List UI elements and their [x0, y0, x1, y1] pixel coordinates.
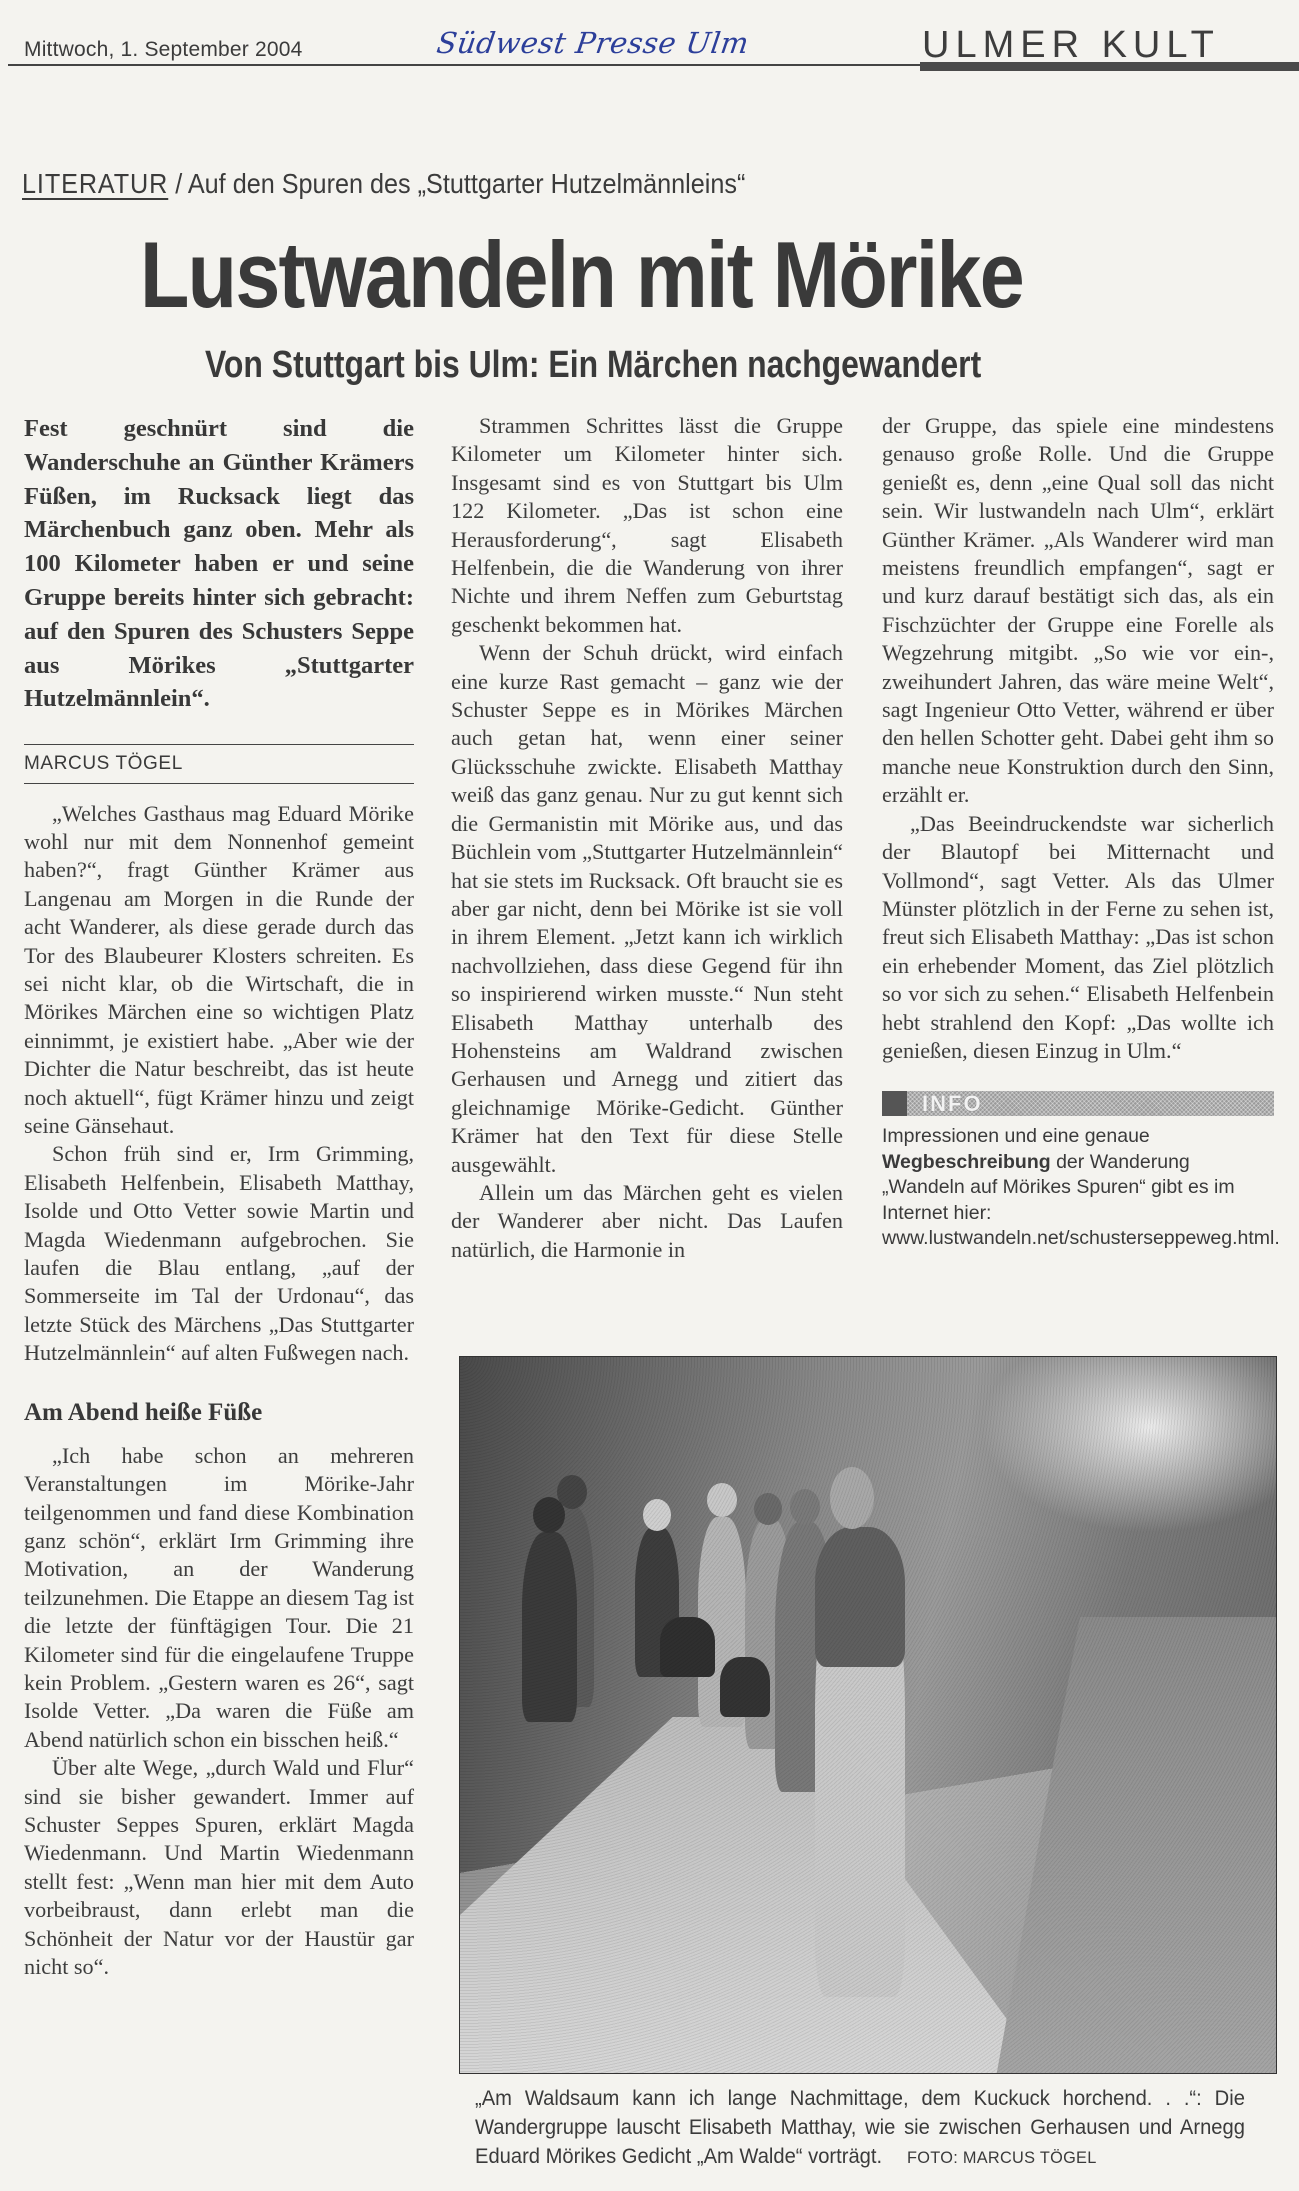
body-paragraph: „Das Beeindruckendste war sicherlich der…: [882, 810, 1274, 1066]
byline-box: MARCUS TÖGEL: [24, 744, 414, 783]
photo-caption: „Am Waldsaum kann ich lange Nachmittage,…: [475, 2084, 1245, 2172]
photo-credit: FOTO: MARCUS TÖGEL: [907, 2148, 1097, 2167]
body-paragraph: Schon früh sind er, Irm Grimming, Elisab…: [24, 1140, 414, 1367]
photo-halftone: [460, 1357, 1276, 2073]
caption-text: „Am Waldsaum kann ich lange Nachmittage,…: [475, 2087, 1245, 2168]
kicker: LITERATUR / Auf den Spuren des „Stuttgar…: [22, 168, 745, 200]
subheading: Am Abend heiße Füße: [24, 1398, 414, 1428]
column-3: der Gruppe, das spiele eine mindestens g…: [882, 412, 1274, 1252]
info-box-text: Impressionen und eine genaue Wegbeschrei…: [882, 1124, 1274, 1252]
headline: Lustwandeln mit Mörike: [140, 228, 1023, 322]
article-photo: [459, 1356, 1277, 2074]
header-rule: [8, 64, 923, 66]
issue-date: Mittwoch, 1. September 2004: [24, 38, 303, 62]
subheadline: Von Stuttgart bis Ulm: Ein Märchen nachg…: [205, 344, 981, 387]
section-title: ULMER KULT: [922, 24, 1220, 67]
info-text-part: Impressionen und eine genaue: [882, 1125, 1150, 1147]
body-paragraph: „Welches Gasthaus mag Eduard Mörike wohl…: [24, 800, 414, 1141]
body-paragraph: Wenn der Schuh drückt, wird einfach eine…: [451, 639, 843, 1179]
body-paragraph: Allein um das Märchen geht es vielen der…: [451, 1179, 843, 1264]
section-rule: [920, 62, 1299, 71]
info-square-icon: [882, 1091, 907, 1116]
kicker-category: LITERATUR: [22, 168, 168, 199]
body-paragraph: Strammen Schrittes lässt die Gruppe Kilo…: [451, 412, 843, 639]
column-1: Fest geschnürt sind die Wanderschuhe an …: [24, 412, 414, 1981]
body-paragraph: der Gruppe, das spiele eine mindestens g…: [882, 412, 1274, 810]
lead-paragraph: Fest geschnürt sind die Wanderschuhe an …: [24, 412, 414, 716]
kicker-text: / Auf den Spuren des „Stuttgarter Hutzel…: [168, 168, 745, 199]
handwritten-source-note: Südwest Presse Ulm: [435, 26, 752, 60]
info-box-header: INFO: [882, 1091, 1274, 1116]
body-paragraph: Über alte Wege, „durch Wald und Flur“ si…: [24, 1754, 414, 1981]
info-text-emphasis: Wegbeschreibung: [882, 1151, 1051, 1173]
body-paragraph: „Ich habe schon an mehreren Veranstaltun…: [24, 1442, 414, 1754]
column-2: Strammen Schrittes lässt die Gruppe Kilo…: [451, 412, 843, 1264]
byline: MARCUS TÖGEL: [24, 750, 414, 778]
info-label: INFO: [922, 1091, 983, 1116]
